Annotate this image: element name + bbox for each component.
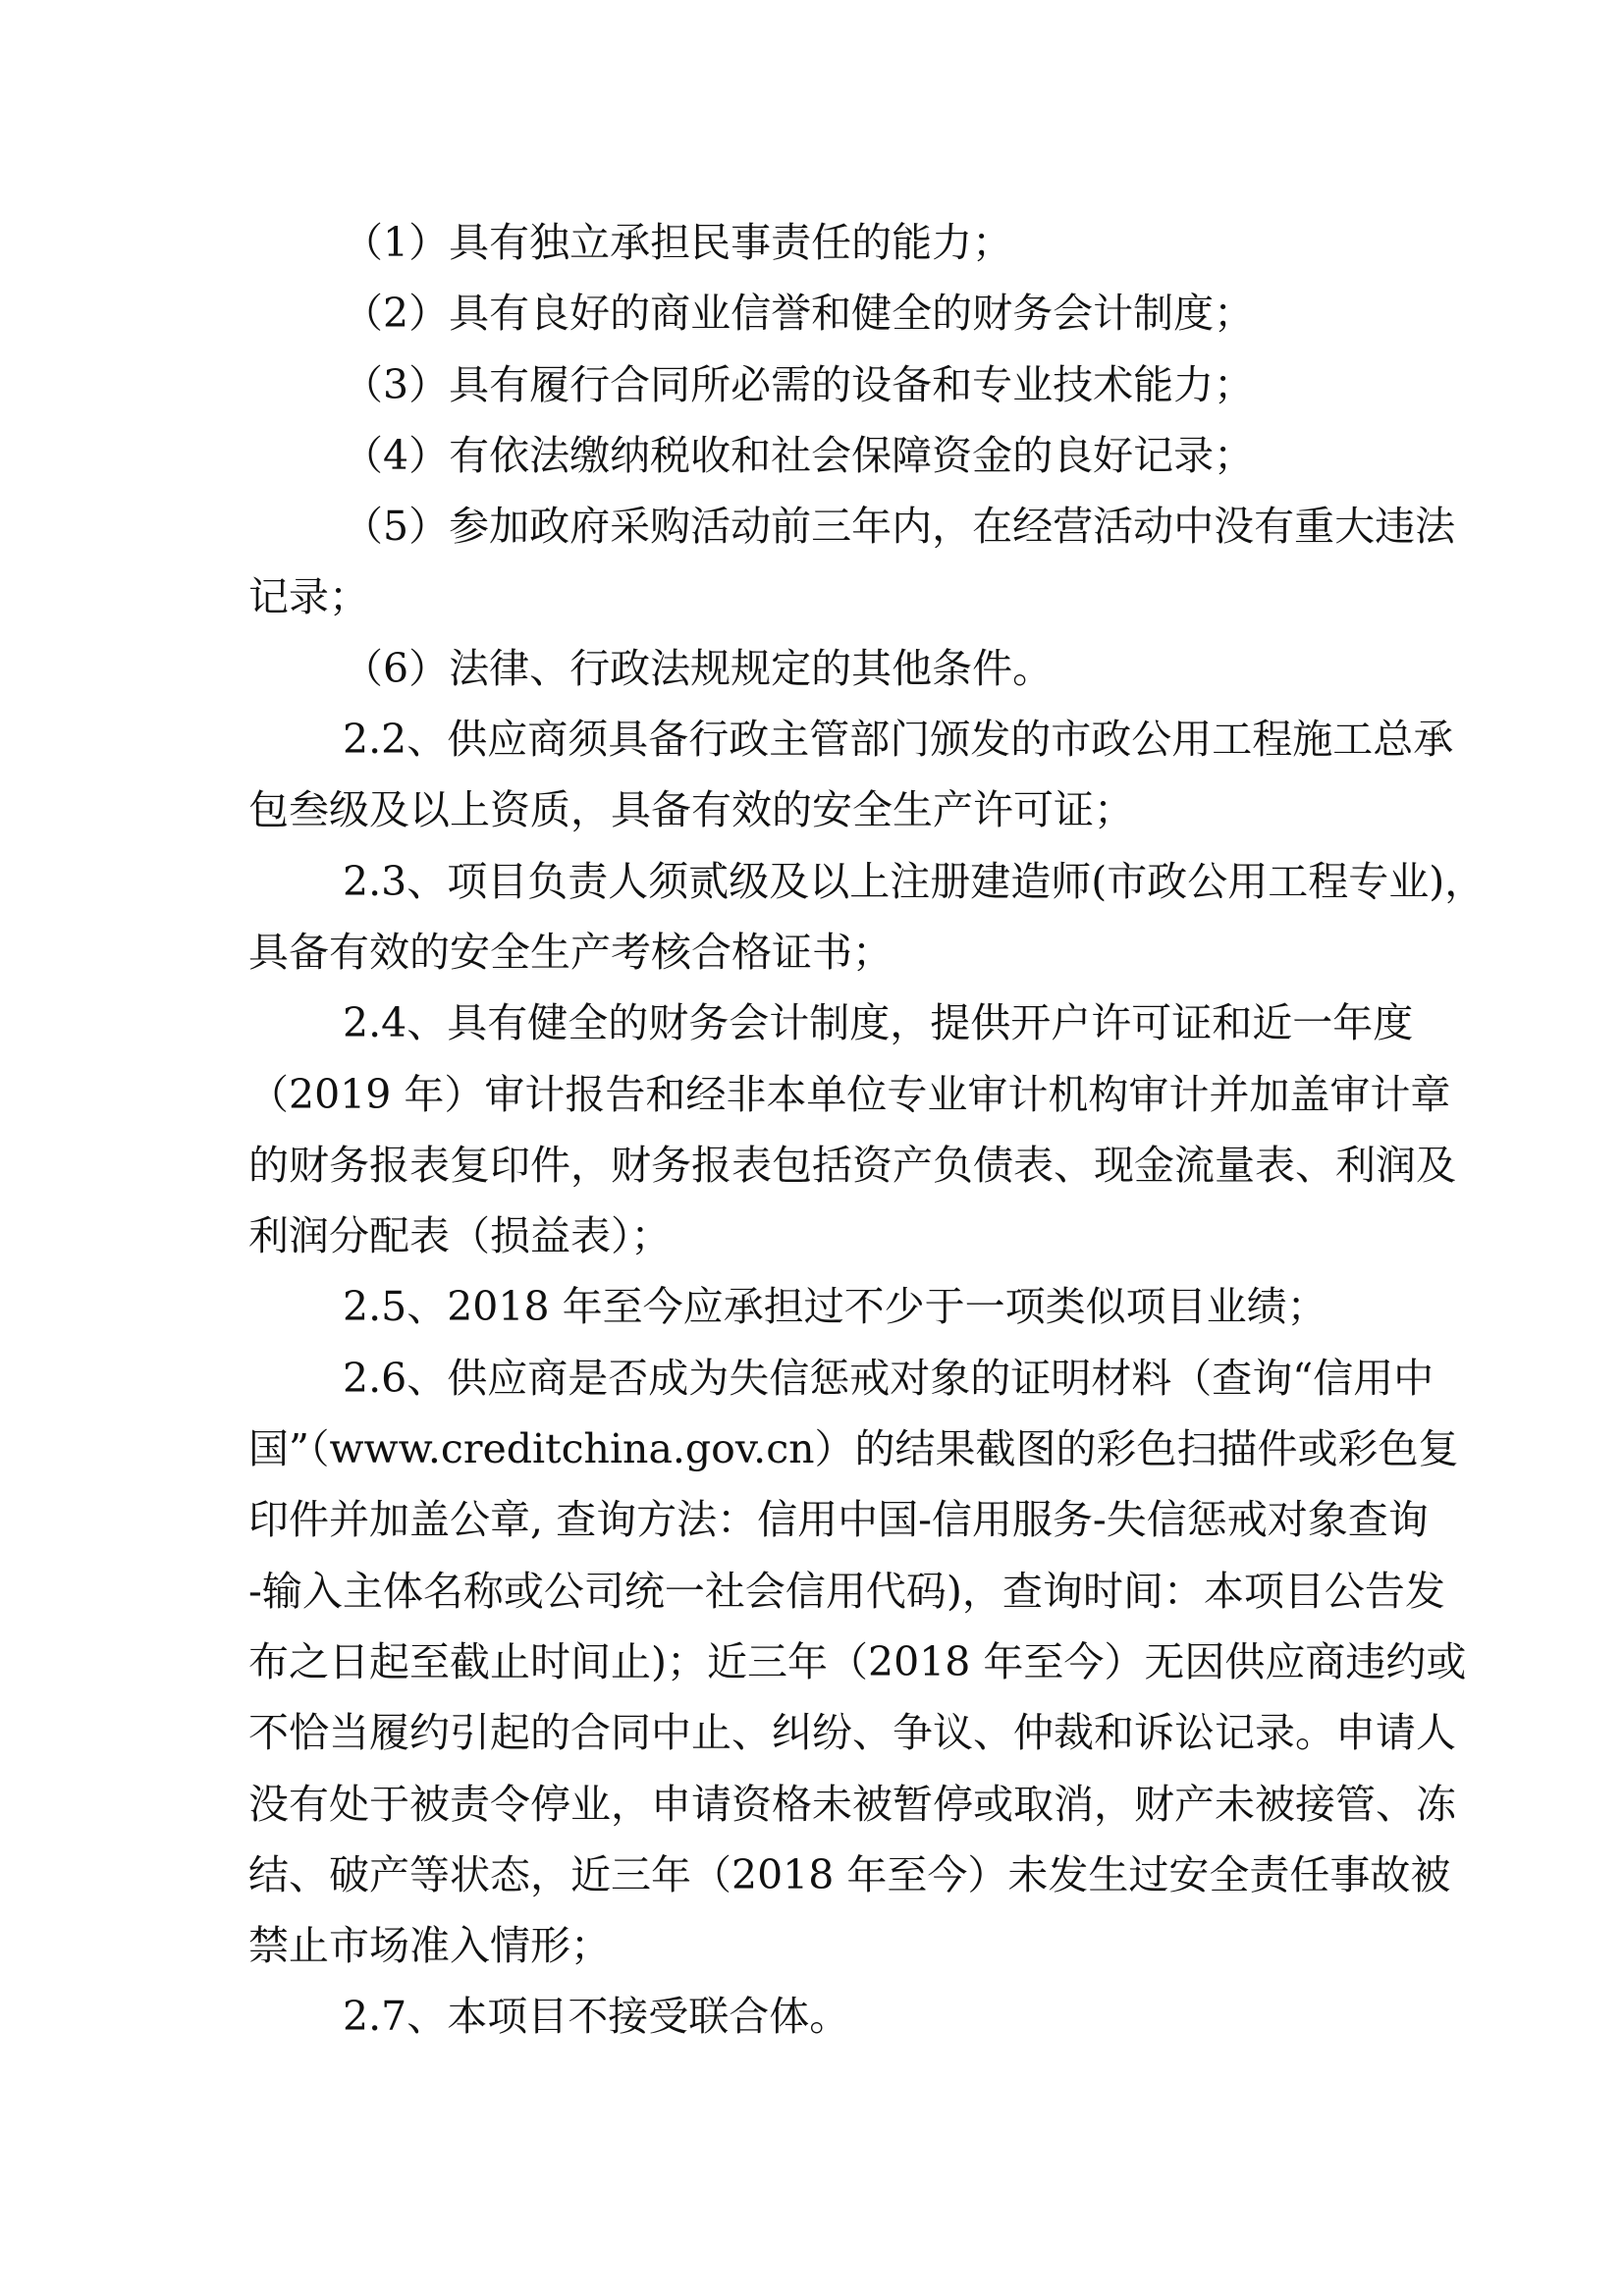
text-line: 2.2、供应商须具备行政主管部门颁发的市政公用工程施工总承 [248, 704, 1387, 774]
text-line: 国”（www.creditchina.gov.cn）的结果截图的彩色扫描件或彩色… [248, 1414, 1387, 1484]
text-line: 2.7、本项目不接受联合体。 [248, 1981, 1387, 2052]
text-line: （2）具有良好的商业信誉和健全的财务会计制度； [248, 278, 1387, 348]
text-line: 2.6、供应商是否成为失信惩戒对象的证明材料（查询“信用中 [248, 1343, 1387, 1414]
text-line: （1）具有独立承担民事责任的能力； [248, 207, 1387, 278]
requirement-2: （2）具有良好的商业信誉和健全的财务会计制度； [248, 278, 1387, 348]
document-page: （1）具有独立承担民事责任的能力； （2）具有良好的商业信誉和健全的财务会计制度… [0, 0, 1624, 2296]
text-line: （5）参加政府采购活动前三年内，在经营活动中没有重大违法 [248, 491, 1387, 561]
text-line: （4）有依法缴纳税收和社会保障资金的良好记录； [248, 420, 1387, 491]
clause-2-5: 2.5、2018 年至今应承担过不少于一项类似项目业绩； [248, 1271, 1387, 1342]
text-line: （2019 年）审计报告和经非本单位专业审计机构审计并加盖审计章 [248, 1059, 1387, 1130]
document-body: （1）具有独立承担民事责任的能力； （2）具有良好的商业信誉和健全的财务会计制度… [248, 207, 1387, 2053]
text-line: （3）具有履行合同所必需的设备和专业技术能力； [248, 349, 1387, 420]
text-line: 具备有效的安全生产考核合格证书； [248, 917, 1387, 988]
text-line: 印件并加盖公章, 查询方法：信用中国-信用服务-失信惩戒对象查询 [248, 1484, 1387, 1555]
text-line: 不恰当履约引起的合同中止、纠纷、争议、仲裁和诉讼记录。申请人 [248, 1697, 1387, 1768]
text-line: 记录； [248, 561, 1387, 632]
clause-2-3: 2.3、项目负责人须贰级及以上注册建造师(市政公用工程专业)， 具备有效的安全生… [248, 846, 1387, 988]
text-line: 包叁级及以上资质，具备有效的安全生产许可证； [248, 774, 1387, 845]
text-line: 利润分配表（损益表）； [248, 1201, 1387, 1271]
text-line: （6）法律、行政法规规定的其他条件。 [248, 633, 1387, 704]
requirement-1: （1）具有独立承担民事责任的能力； [248, 207, 1387, 278]
requirement-4: （4）有依法缴纳税收和社会保障资金的良好记录； [248, 420, 1387, 491]
clause-2-7: 2.7、本项目不接受联合体。 [248, 1981, 1387, 2052]
text-line: 布之日起至截止时间止)；近三年（2018 年至今）无因供应商违约或 [248, 1627, 1387, 1697]
clause-2-4: 2.4、具有健全的财务会计制度，提供开户许可证和近一年度 （2019 年）审计报… [248, 988, 1387, 1271]
text-line: -输入主体名称或公司统一社会信用代码)，查询时间：本项目公告发 [248, 1556, 1387, 1627]
requirement-6: （6）法律、行政法规规定的其他条件。 [248, 633, 1387, 704]
text-line: 的财务报表复印件，财务报表包括资产负债表、现金流量表、利润及 [248, 1130, 1387, 1201]
clause-2-2: 2.2、供应商须具备行政主管部门颁发的市政公用工程施工总承 包叁级及以上资质，具… [248, 704, 1387, 846]
requirement-3: （3）具有履行合同所必需的设备和专业技术能力； [248, 349, 1387, 420]
text-line: 没有处于被责令停业，申请资格未被暂停或取消，财产未被接管、冻 [248, 1769, 1387, 1840]
requirement-5: （5）参加政府采购活动前三年内，在经营活动中没有重大违法 记录； [248, 491, 1387, 633]
text-line: 2.3、项目负责人须贰级及以上注册建造师(市政公用工程专业)， [248, 846, 1387, 917]
text-line: 2.4、具有健全的财务会计制度，提供开户许可证和近一年度 [248, 988, 1387, 1058]
clause-2-6: 2.6、供应商是否成为失信惩戒对象的证明材料（查询“信用中 国”（www.cre… [248, 1343, 1387, 1982]
text-line: 2.5、2018 年至今应承担过不少于一项类似项目业绩； [248, 1271, 1387, 1342]
text-line: 禁止市场准入情形； [248, 1910, 1387, 1981]
text-line: 结、破产等状态，近三年（2018 年至今）未发生过安全责任事故被 [248, 1840, 1387, 1910]
